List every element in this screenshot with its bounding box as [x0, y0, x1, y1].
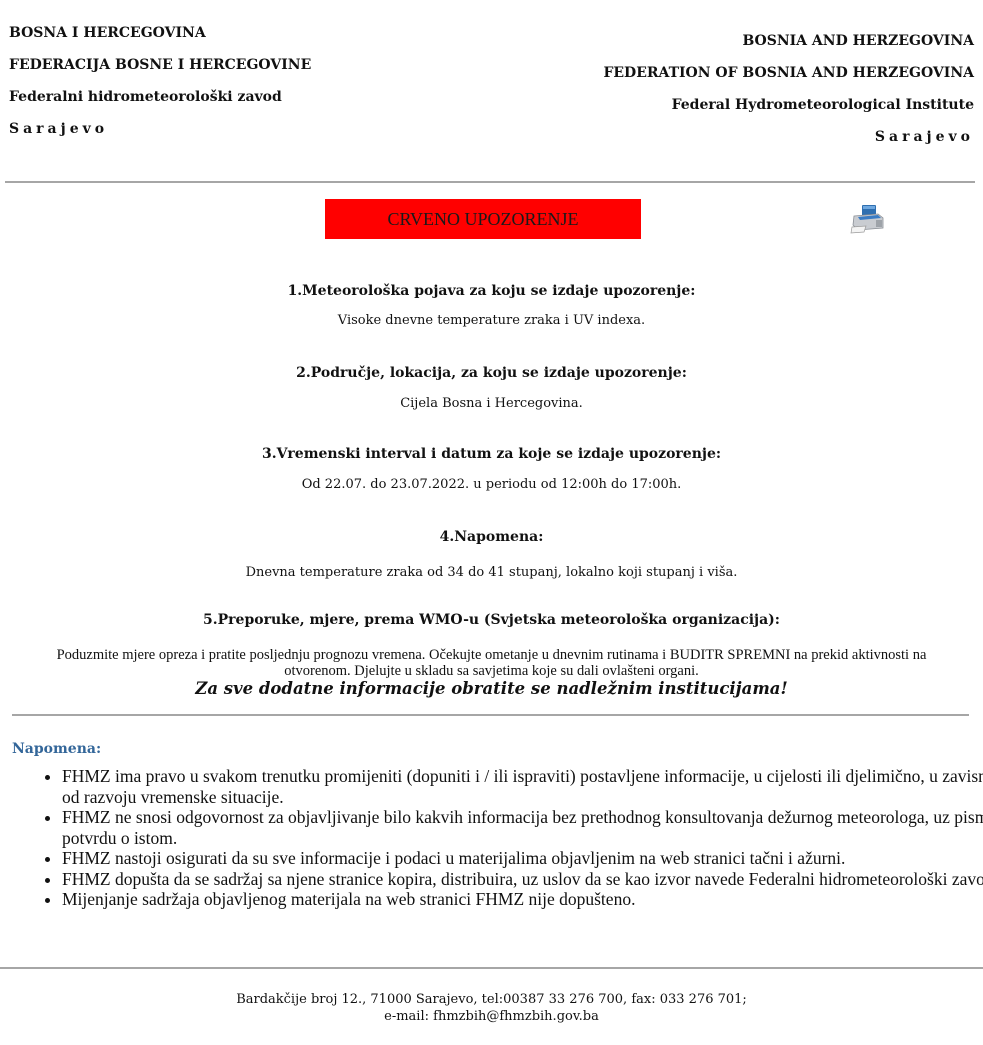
- warning-level-banner: CRVENO UPOZORENJE: [325, 199, 641, 239]
- section-1-body: Visoke dnevne temperature zraka i UV ind…: [0, 313, 983, 328]
- recommendations-block: Poduzmite mjere opreza i pratite posljed…: [30, 647, 953, 699]
- notes-title: Napomena:: [12, 741, 101, 757]
- city-en: Sarajevo: [603, 128, 974, 160]
- list-item: FHMZ nastoji osigurati da su sve informa…: [62, 848, 983, 869]
- footer-divider: [0, 967, 983, 969]
- city-local: Sarajevo: [9, 120, 311, 152]
- federation-name-local: FEDERACIJA BOSNE I HERCEGOVINE: [9, 56, 311, 88]
- institute-name-local: Federalni hidrometeorološki zavod: [9, 88, 311, 120]
- header-divider: [5, 181, 975, 183]
- list-item: FHMZ ne snosi odgovornost za objavljivan…: [62, 807, 983, 848]
- section-2-body: Cijela Bosna i Hercegovina.: [0, 396, 983, 411]
- country-name-local: BOSNA I HERCEGOVINA: [9, 24, 311, 56]
- header-right: BOSNIA AND HERZEGOVINA FEDERATION OF BOS…: [603, 32, 974, 160]
- section-5-body: Poduzmite mjere opreza i pratite posljed…: [30, 647, 953, 679]
- section-4-title: 4.Napomena:: [0, 529, 983, 545]
- contact-institutions-note: Za sve dodatne informacije obratite se n…: [30, 679, 953, 699]
- list-item: Mijenjanje sadržaja objavljenog materija…: [62, 889, 983, 910]
- printer-icon[interactable]: [850, 203, 886, 235]
- disclaimer-list: FHMZ ima pravo u svakom trenutku promije…: [0, 766, 983, 910]
- content-divider: [12, 714, 969, 716]
- institute-name-en: Federal Hydrometeorological Institute: [603, 96, 974, 128]
- country-name-en: BOSNIA AND HERZEGOVINA: [603, 32, 974, 64]
- section-5-title: 5.Preporuke, mjere, prema WMO-u (Svjetsk…: [0, 612, 983, 628]
- list-item: FHMZ dopušta da se sadržaj sa njene stra…: [62, 869, 983, 890]
- federation-name-en: FEDERATION OF BOSNIA AND HERZEGOVINA: [603, 64, 974, 96]
- footer-address: Bardakčije broj 12., 71000 Sarajevo, tel…: [0, 991, 983, 1008]
- section-4-body: Dnevna temperature zraka od 34 do 41 stu…: [0, 565, 983, 580]
- header-left: BOSNA I HERCEGOVINA FEDERACIJA BOSNE I H…: [9, 24, 311, 152]
- footer: Bardakčije broj 12., 71000 Sarajevo, tel…: [0, 991, 983, 1025]
- list-item: FHMZ ima pravo u svakom trenutku promije…: [62, 766, 983, 807]
- footer-email[interactable]: e-mail: fhmzbih@fhmzbih.gov.ba: [0, 1008, 983, 1025]
- section-2-title: 2.Područje, lokacija, za koju se izdaje …: [0, 365, 983, 381]
- section-3-body: Od 22.07. do 23.07.2022. u periodu od 12…: [0, 477, 983, 492]
- section-1-title: 1.Meteorološka pojava za koju se izdaje …: [0, 283, 983, 299]
- section-3-title: 3.Vremenski interval i datum za koje se …: [0, 446, 983, 462]
